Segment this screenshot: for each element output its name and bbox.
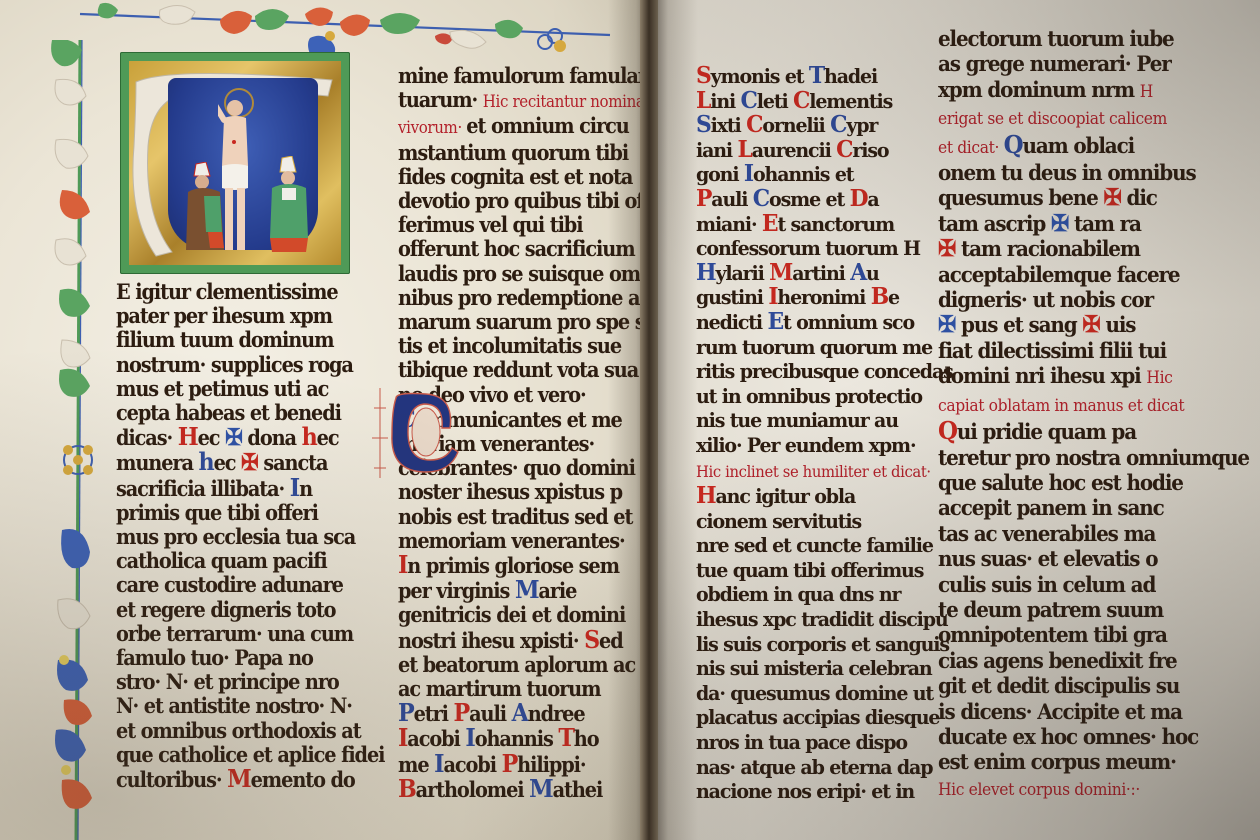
- text-segment: cionem servitutis: [696, 509, 861, 533]
- red-initial: M: [227, 764, 250, 793]
- text-segment: n: [299, 476, 312, 501]
- manuscript-line: xpm dominum nrm H: [938, 77, 1195, 104]
- manuscript-line: Symonis et Thadei: [696, 64, 934, 89]
- text-segment: nostrum· supplices roga: [116, 352, 353, 377]
- rubric-text: Hic elevet corpus domini·:·: [938, 780, 1140, 799]
- text-segment: gustini: [696, 285, 768, 309]
- red-cross-icon: ✠: [241, 449, 258, 476]
- manuscript-line: tis et incolumitatis sue: [398, 334, 610, 358]
- text-segment: hadei: [824, 64, 877, 88]
- red-initial: D: [850, 185, 868, 212]
- blue-initial: M: [529, 774, 552, 803]
- manuscript-line: ihesus xpc tradidit discipu: [696, 607, 934, 632]
- text-segment: teretur pro nostra omniumque: [938, 445, 1249, 470]
- red-initial: Q: [938, 416, 957, 445]
- text-segment: ut in omnibus protectio: [696, 384, 922, 408]
- manuscript-line: tuarum· Hic recitantur nomina: [398, 88, 610, 114]
- text-segment: dona: [242, 425, 302, 450]
- manuscript-line: Hanc igitur obla: [696, 484, 934, 509]
- text-segment: arie: [538, 578, 576, 603]
- text-segment: nostri ihesu xpisti·: [398, 628, 584, 653]
- manuscript-line: Petri Pauli Andree: [398, 701, 610, 726]
- text-segment: memoriam venerantes·: [398, 528, 625, 553]
- manuscript-line: orbe terrarum· una cum: [116, 622, 346, 646]
- rubric-text: vivorum·: [398, 118, 466, 137]
- rubric-text: H: [1140, 82, 1153, 101]
- red-initial: S: [584, 625, 599, 654]
- manuscript-line: care custodire adunare: [116, 573, 346, 597]
- text-segment: primis que tibi offeri: [116, 500, 318, 525]
- text-segment: nibus pro redemptione ani: [398, 285, 648, 310]
- text-segment: mine famulorum famularumq: [398, 63, 648, 88]
- text-segment: placatus accipias diesque: [696, 705, 939, 729]
- text-segment: est enim corpus meum·: [938, 749, 1176, 774]
- manuscript-line: per virginis Marie: [398, 578, 610, 603]
- blue-initial: h: [199, 447, 214, 476]
- text-segment: artini: [792, 261, 850, 285]
- manuscript-line: noster ihesus xpistus p: [398, 480, 610, 504]
- manuscript-line: culis suis in celum ad: [938, 572, 1195, 597]
- text-segment: ho: [574, 726, 599, 751]
- text-segment: ui pridie quam pa: [957, 419, 1136, 444]
- text-segment: e: [888, 285, 899, 309]
- manuscript-line: et omnibus orthodoxis at: [116, 719, 346, 743]
- red-initial: I: [398, 723, 407, 752]
- manuscript-line: te deum patrem suum: [938, 597, 1195, 622]
- kneeling-bishop-left: [186, 162, 226, 252]
- left-acanthus-border: [42, 40, 112, 840]
- text-segment: E: [116, 279, 130, 304]
- text-segment: ed: [599, 628, 623, 653]
- text-segment: care custodire adunare: [116, 572, 343, 597]
- manuscript-line: nros in tua pace dispo: [696, 730, 934, 755]
- text-segment: osme et: [769, 187, 850, 211]
- manuscript-line: Sixti Cornelii Cypr: [696, 113, 934, 138]
- text-segment: tis et incolumitatis sue: [398, 333, 621, 358]
- text-segment: laudis pro se suisque om: [398, 261, 640, 286]
- manuscript-line: iani Laurencii Criso: [696, 138, 934, 163]
- text-segment: ndree: [528, 701, 585, 726]
- manuscript-line: placatus accipias diesque: [696, 705, 934, 730]
- historiated-initial-miniature: [120, 52, 350, 274]
- text-segment: noster ihesus xpistus p: [398, 479, 622, 504]
- manuscript-line: tue quam tibi offerimus: [696, 558, 934, 583]
- manuscript-line: nas· atque ab eterna dap: [696, 755, 934, 780]
- manuscript-line: devotio pro quibus tibi of: [398, 189, 610, 213]
- manuscript-line: digneris· ut nobis cor: [938, 287, 1195, 312]
- manuscript-line: nostri ihesu xpisti· Sed: [398, 628, 610, 653]
- text-segment: emento do: [251, 767, 355, 792]
- blue-initial: A: [850, 259, 866, 286]
- text-segment: nros in tua pace dispo: [696, 730, 907, 754]
- manuscript-line: Pauli Cosme et Da: [696, 187, 934, 212]
- manuscript-line: munera hec ✠ sancta: [116, 450, 346, 475]
- text-segment: culis suis in celum ad: [938, 572, 1155, 597]
- manuscript-line: nis tue muniamur au: [696, 408, 934, 433]
- manuscript-line: offerunt hoc sacrificium: [398, 237, 610, 261]
- text-segment: t sanctorum: [777, 212, 894, 236]
- text-segment: offerunt hoc sacrificium: [398, 236, 635, 261]
- text-segment: etri: [414, 701, 454, 726]
- manuscript-line: me Iacobi Philippi·: [398, 752, 610, 777]
- text-segment: goni: [696, 162, 744, 186]
- text-segment: mus et petimus uti ac: [116, 376, 328, 401]
- manuscript-line: Hic inclinet se humiliter et dicat·: [696, 458, 934, 485]
- text-segment: famulo tuo· Papa no: [116, 645, 313, 670]
- text-segment: auli: [469, 701, 511, 726]
- blue-initial: I: [290, 473, 299, 502]
- manuscript-line: ut in omnibus protectio: [696, 384, 934, 409]
- manuscript-line: gustini Iheronimi Be: [696, 285, 934, 310]
- text-segment: uam oblaci: [1022, 133, 1134, 158]
- text-segment: u: [866, 261, 879, 285]
- text-segment: a: [867, 187, 878, 211]
- text-segment: nus suas· et elevatis o: [938, 546, 1157, 571]
- manuscript-line: Hylarii Martini Au: [696, 261, 934, 286]
- manuscript-line: nedicti Et omnium sco: [696, 310, 934, 335]
- blue-cross-icon: ✠: [1051, 210, 1068, 237]
- text-segment: ornelii: [762, 113, 830, 137]
- manuscript-line: nostrum· supplices roga: [116, 353, 346, 377]
- manuscript-line: et dicat· Quam oblaci: [938, 132, 1195, 160]
- manuscript-line: confessorum tuorum H: [696, 236, 934, 261]
- red-initial: B: [871, 283, 888, 310]
- text-segment: nis tue muniamur au: [696, 408, 898, 432]
- text-segment: sacrificia illibata·: [116, 476, 290, 501]
- manuscript-line: ducate ex hoc omnes· hoc: [938, 724, 1195, 749]
- blue-initial: C: [753, 185, 769, 212]
- manuscript-line: miani· Et sanctorum: [696, 212, 934, 237]
- rubric-text: capiat oblatam in manus et dicat: [938, 396, 1184, 415]
- text-segment: nedicti: [696, 310, 767, 334]
- manuscript-line: et regere digneris toto: [116, 598, 346, 622]
- manuscript-line: ✠ tam racionabilem: [938, 236, 1195, 261]
- red-initial: B: [398, 774, 416, 803]
- manuscript-line: lis suis corporis et sanguis: [696, 632, 934, 657]
- manuscript-line: onem tu deus in omnibus: [938, 160, 1195, 185]
- text-segment: fides cognita est et nota: [398, 164, 632, 189]
- red-initial: T: [558, 723, 573, 752]
- blue-cross-icon: ✠: [225, 424, 242, 451]
- text-segment: nis sui misteria celebran: [696, 656, 932, 680]
- manuscript-line: Lini Cleti Clementis: [696, 89, 934, 114]
- red-initial: C: [793, 87, 809, 114]
- rubric-text: Hic: [1146, 368, 1172, 387]
- blue-initial: E: [767, 308, 783, 335]
- text-segment: ec: [214, 450, 241, 475]
- text-segment: n primis gloriose sem: [407, 553, 619, 578]
- text-segment: ypr: [846, 113, 877, 137]
- text-segment: ohannis et: [753, 162, 853, 186]
- manuscript-line: Hic elevet corpus domini·:·: [938, 775, 1195, 802]
- red-initial: L: [696, 87, 710, 114]
- right-page: Symonis et ThadeiLini Cleti ClementisSix…: [648, 0, 1260, 840]
- manuscript-line: Qui pridie quam pa: [938, 418, 1195, 444]
- text-segment: mstantium quorum tibi: [398, 140, 628, 165]
- text-segment: que salute hoc est hodie: [938, 470, 1183, 495]
- open-manuscript: E igitur clementissimepater per ihesum x…: [0, 0, 1260, 840]
- manuscript-line: acceptabilemque facere: [938, 262, 1195, 287]
- rubric-text: et dicat·: [938, 138, 1004, 157]
- manuscript-line: fides cognita est et nota: [398, 165, 610, 189]
- manuscript-line: E igitur clementissime: [116, 280, 346, 304]
- text-segment: accepit panem in sanc: [938, 495, 1164, 520]
- rubric-text: erigat se et discoopiat calicem: [938, 109, 1167, 128]
- text-segment: tue quam tibi offerimus: [696, 558, 923, 582]
- manuscript-line: da· quesumus domine ut: [696, 681, 934, 706]
- text-segment: t omnium sco: [783, 310, 914, 334]
- text-segment: da· quesumus domine ut: [696, 681, 933, 705]
- manuscript-line: que salute hoc est hodie: [938, 470, 1195, 495]
- text-segment: ec: [317, 425, 339, 450]
- manuscript-line: teretur pro nostra omniumque: [938, 445, 1195, 470]
- manuscript-line: est enim corpus meum·: [938, 749, 1195, 774]
- red-cross-icon: ✠: [1104, 184, 1121, 211]
- manuscript-line: marum suarum pro spe salu: [398, 310, 610, 334]
- text-segment: nacione nos eripi· et in: [696, 779, 914, 803]
- manuscript-line: obdiem in qua dns nr: [696, 582, 934, 607]
- manuscript-line: dicas· Hec ✠ dona hec: [116, 425, 346, 450]
- text-column-c: Symonis et ThadeiLini Cleti ClementisSix…: [696, 64, 946, 804]
- text-segment: N· et antistite nostro· N·: [116, 693, 352, 718]
- text-segment: xpm dominum nrm: [938, 77, 1140, 102]
- blue-initial: H: [696, 259, 716, 286]
- manuscript-line: as grege numerari· Per: [938, 51, 1195, 76]
- manuscript-line: goni Iohannis et: [696, 162, 934, 187]
- manuscript-line: catholica quam pacifi: [116, 549, 346, 573]
- blue-initial: C: [830, 111, 846, 138]
- text-segment: digneris· ut nobis cor: [938, 287, 1153, 312]
- text-segment: domini nri ihesu xpi: [938, 363, 1146, 388]
- manuscript-line: is dicens· Accipite et ma: [938, 699, 1195, 724]
- manuscript-line: nre sed et cuncte familie: [696, 533, 934, 558]
- blue-initial: A: [512, 698, 528, 727]
- text-segment: tam ascrip: [938, 211, 1051, 236]
- manuscript-line: tibique reddunt vota sua et: [398, 358, 610, 382]
- text-segment: tuarum·: [398, 87, 483, 112]
- manuscript-line: quesumus bene ✠ dic: [938, 185, 1195, 210]
- text-segment: et regere digneris toto: [116, 597, 335, 622]
- text-segment: electorum tuorum iube: [938, 26, 1174, 51]
- text-segment: pus et sang: [955, 312, 1082, 337]
- text-segment: dicas·: [116, 425, 178, 450]
- manuscript-line: git et dedit discipulis su: [938, 673, 1195, 698]
- manuscript-line: capiat oblatam in manus et dicat: [938, 391, 1195, 418]
- text-column-a: E igitur clementissimepater per ihesum x…: [116, 280, 366, 792]
- text-segment: iani: [696, 138, 737, 162]
- text-segment: et omnibus orthodoxis at: [116, 718, 361, 743]
- manuscript-line: nus suas· et elevatis o: [938, 546, 1195, 571]
- blue-cross-icon: ✠: [938, 311, 955, 338]
- text-segment: lementis: [809, 89, 892, 113]
- blue-initial: I: [434, 749, 443, 778]
- red-initial: E: [762, 210, 778, 237]
- text-segment: tas ac venerabiles ma: [938, 521, 1155, 546]
- text-segment: nobis est traditus sed et: [398, 504, 632, 529]
- text-segment: omnipotentem tibi gra: [938, 622, 1167, 647]
- manuscript-line: In primis gloriose sem: [398, 553, 610, 578]
- red-initial: P: [696, 185, 711, 212]
- manuscript-line: primis que tibi offeri: [116, 501, 346, 525]
- text-segment: ini: [710, 89, 740, 113]
- text-segment: ymonis et: [711, 64, 809, 88]
- text-segment: orbe terrarum· una cum: [116, 621, 353, 646]
- text-segment: pater per ihesum xpm: [116, 303, 332, 328]
- text-segment: cias agens benedixit fre: [938, 648, 1177, 673]
- text-segment: cultoribus·: [116, 767, 227, 792]
- text-segment: per virginis: [398, 578, 515, 603]
- text-segment: et beatorum aplorum ac: [398, 652, 635, 677]
- manuscript-line: sacrificia illibata· In: [116, 476, 346, 501]
- text-segment: marum suarum pro spe salu: [398, 309, 648, 334]
- text-segment: rum tuorum quorum me: [696, 335, 932, 359]
- text-segment: onem tu deus in omnibus: [938, 160, 1196, 185]
- red-initial: C: [746, 111, 762, 138]
- text-segment: is dicens· Accipite et ma: [938, 699, 1182, 724]
- text-column-d: electorum tuorum iubeas grege numerari· …: [938, 26, 1208, 802]
- manuscript-line: vivorum· et omnium circu: [398, 114, 610, 140]
- manuscript-line: electorum tuorum iube: [938, 26, 1195, 51]
- text-segment: acceptabilemque facere: [938, 262, 1179, 287]
- text-segment: ritis precibusque concedas: [696, 359, 953, 383]
- pen-flourished-initial-c: [366, 388, 466, 478]
- manuscript-line: mus et petimus uti ac: [116, 377, 346, 401]
- manuscript-line: et beatorum aplorum ac: [398, 653, 610, 677]
- book-gutter: [640, 0, 658, 840]
- red-initial: I: [768, 283, 777, 310]
- text-segment: et omnium circu: [466, 113, 628, 138]
- text-segment: munera: [116, 450, 199, 475]
- red-cross-icon: ✠: [1082, 311, 1099, 338]
- red-initial: C: [836, 136, 852, 163]
- text-segment: leti: [757, 89, 793, 113]
- manuscript-line: ✠ pus et sang ✠ uis: [938, 312, 1195, 337]
- text-segment: ducate ex hoc omnes· hoc: [938, 724, 1198, 749]
- red-initial: h: [302, 422, 317, 451]
- manuscript-line: cias agens benedixit fre: [938, 648, 1195, 673]
- text-segment: ac martirum tuorum: [398, 676, 600, 701]
- manuscript-line: nacione nos eripi· et in: [696, 779, 934, 804]
- manuscript-line: pater per ihesum xpm: [116, 304, 346, 328]
- manuscript-line: N· et antistite nostro· N·: [116, 694, 346, 718]
- text-segment: nre sed et cuncte familie: [696, 533, 933, 557]
- text-segment: athei: [553, 777, 603, 802]
- red-initial: P: [502, 749, 518, 778]
- red-cross-icon: ✠: [938, 235, 955, 262]
- text-segment: auli: [711, 187, 752, 211]
- manuscript-line: memoriam venerantes·: [398, 529, 610, 553]
- manuscript-line: domini nri ihesu xpi Hic: [938, 363, 1195, 390]
- blue-initial: I: [744, 160, 753, 187]
- text-segment: obdiem in qua dns nr: [696, 582, 900, 606]
- manuscript-line: tas ac venerabiles ma: [938, 521, 1195, 546]
- manuscript-line: omnipotentem tibi gra: [938, 622, 1195, 647]
- manuscript-line: erigat se et discoopiat calicem: [938, 104, 1195, 131]
- manuscript-line: ritis precibusque concedas: [696, 359, 934, 384]
- blue-initial: Q: [1004, 130, 1023, 159]
- manuscript-line: laudis pro se suisque om: [398, 262, 610, 286]
- red-initial: H: [178, 422, 198, 451]
- text-segment: ylarii: [716, 261, 770, 285]
- text-segment: as grege numerari· Per: [938, 51, 1171, 76]
- manuscript-line: genitricis dei et domini: [398, 603, 610, 627]
- text-segment: nas· atque ab eterna dap: [696, 755, 932, 779]
- text-segment: riso: [852, 138, 888, 162]
- text-segment: ihesus xpc tradidit discipu: [696, 607, 948, 631]
- text-segment: acobi: [443, 752, 501, 777]
- blue-initial: T: [809, 62, 824, 89]
- text-segment: uis: [1100, 312, 1136, 337]
- text-segment: xilio· Per eundem xpm·: [696, 433, 915, 457]
- red-initial: L: [737, 136, 751, 163]
- manuscript-line: fiat dilectissimi filii tui: [938, 338, 1195, 363]
- text-segment: aurencii: [752, 138, 836, 162]
- text-segment: lis suis corporis et sanguis: [696, 632, 949, 656]
- text-segment: stro· N· et principe nro: [116, 669, 339, 694]
- text-segment: confessorum tuorum H: [696, 236, 920, 260]
- manuscript-line: nobis est traditus sed et: [398, 505, 610, 529]
- manuscript-line: ferimus vel qui tibi: [398, 213, 610, 237]
- red-initial: M: [769, 259, 792, 286]
- text-segment: quesumus bene: [938, 185, 1104, 210]
- text-segment: git et dedit discipulis su: [938, 673, 1179, 698]
- text-segment: miani·: [696, 212, 762, 236]
- manuscript-line: nibus pro redemptione ani: [398, 286, 610, 310]
- text-segment: artholomei: [416, 777, 529, 802]
- text-segment: igitur clementissime: [130, 279, 338, 304]
- text-segment: tam racionabilem: [955, 236, 1140, 261]
- blue-initial: S: [696, 111, 711, 138]
- manuscript-line: accepit panem in sanc: [938, 495, 1195, 520]
- text-segment: fiat dilectissimi filii tui: [938, 338, 1166, 363]
- text-segment: tibique reddunt vota sua et: [398, 357, 648, 382]
- manuscript-line: cultoribus· Memento do: [116, 767, 346, 792]
- left-page: E igitur clementissimepater per ihesum x…: [0, 0, 648, 840]
- text-segment: catholica quam pacifi: [116, 548, 327, 573]
- red-initial: H: [696, 482, 716, 509]
- manuscript-line: stro· N· et principe nro: [116, 670, 346, 694]
- text-segment: devotio pro quibus tibi of: [398, 188, 643, 213]
- text-segment: ixti: [711, 113, 746, 137]
- manuscript-line: cionem servitutis: [696, 509, 934, 534]
- rubric-text: Hic inclinet se humiliter et dicat·: [696, 463, 931, 481]
- red-initial: I: [398, 550, 407, 579]
- kneeling-bishop-right: [270, 156, 308, 252]
- manuscript-line: mstantium quorum tibi: [398, 141, 610, 165]
- manuscript-line: filium tuum dominum: [116, 328, 346, 352]
- manuscript-line: ac martirum tuorum: [398, 677, 610, 701]
- text-segment: mus pro ecclesia tua sca: [116, 524, 355, 549]
- text-segment: anc igitur obla: [716, 484, 856, 508]
- text-segment: heronimi: [777, 285, 870, 309]
- blue-initial: C: [741, 87, 757, 114]
- manuscript-line: famulo tuo· Papa no: [116, 646, 346, 670]
- red-initial: S: [696, 62, 711, 89]
- manuscript-line: nis sui misteria celebran: [696, 656, 934, 681]
- text-segment: filium tuum dominum: [116, 327, 333, 352]
- manuscript-line: rum tuorum quorum me: [696, 335, 934, 360]
- manuscript-line: mus pro ecclesia tua sca: [116, 525, 346, 549]
- text-segment: te deum patrem suum: [938, 597, 1163, 622]
- text-segment: ferimus vel qui tibi: [398, 212, 582, 237]
- manuscript-line: xilio· Per eundem xpm·: [696, 433, 934, 458]
- blue-initial: M: [515, 575, 538, 604]
- manuscript-line: mine famulorum famularumq: [398, 64, 610, 88]
- manuscript-line: tam ascrip ✠ tam ra: [938, 211, 1195, 236]
- blue-initial: I: [465, 723, 474, 752]
- manuscript-line: Bartholomei Mathei: [398, 777, 610, 802]
- rubric-text: Hic recitantur nomina: [483, 92, 645, 111]
